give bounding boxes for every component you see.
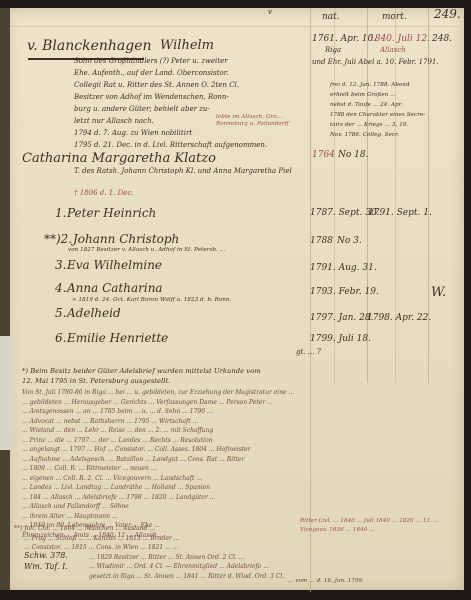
header-mark: v bbox=[268, 8, 272, 16]
entry-given-name: Wilhelm bbox=[160, 38, 214, 53]
bottom-page-edge bbox=[0, 590, 471, 600]
spouse-name: Catharina Margaretha Klatzo bbox=[22, 151, 216, 166]
entry-death-place: Allasch bbox=[380, 46, 406, 54]
column-header-nat: nat. bbox=[322, 12, 340, 22]
page-number: 249. bbox=[434, 7, 461, 21]
spouse-parents: T. des Ratsh. Johann Christoph Kl. und A… bbox=[74, 167, 292, 175]
child-mark: W. bbox=[431, 285, 446, 300]
footnote-star: *) Beim Besitz beider Güter Adelsbrief w… bbox=[22, 367, 452, 386]
entry-ref-number: 248. bbox=[432, 34, 452, 44]
binding-strip bbox=[0, 8, 10, 592]
column-header-mort: mort. bbox=[382, 12, 407, 22]
closing-line: ... vom ... d. 16. Jan. 1799. bbox=[288, 578, 364, 584]
margin-ref-line2: Wm. Taf. I. bbox=[24, 562, 68, 571]
footnote-double-star: **) Joh. Chr. ... 1804 ... München ... A… bbox=[14, 524, 444, 581]
binding-tab bbox=[0, 336, 12, 450]
entry-birth-place: Riga bbox=[325, 46, 341, 54]
entry-death-date: 1840. Juli 12. bbox=[369, 34, 430, 44]
header-rule bbox=[10, 26, 460, 27]
entry-surname: v. Blanckenhagen bbox=[27, 38, 152, 54]
spouse-marriage-note: † 1806 d. 1. Dec. bbox=[74, 189, 134, 197]
right-page-edge bbox=[464, 0, 471, 600]
margin-ref-line1: Schw. 378. bbox=[24, 551, 68, 560]
spouse-ref: No 18. bbox=[338, 150, 368, 160]
red-annotation-1: Ritter Livl. ... 1840 ... Juli 1840 ... … bbox=[300, 518, 439, 524]
entry-birth-date: 1761. Apr. 10. bbox=[312, 34, 376, 44]
red-side-note: lebte im Allasch, Gro... Ronneburg u. Pa… bbox=[216, 114, 306, 128]
red-annotation-2: Vicegouv. 1836 ... 1840 ... bbox=[300, 527, 375, 533]
spouse-birth: 1764 bbox=[312, 150, 335, 160]
